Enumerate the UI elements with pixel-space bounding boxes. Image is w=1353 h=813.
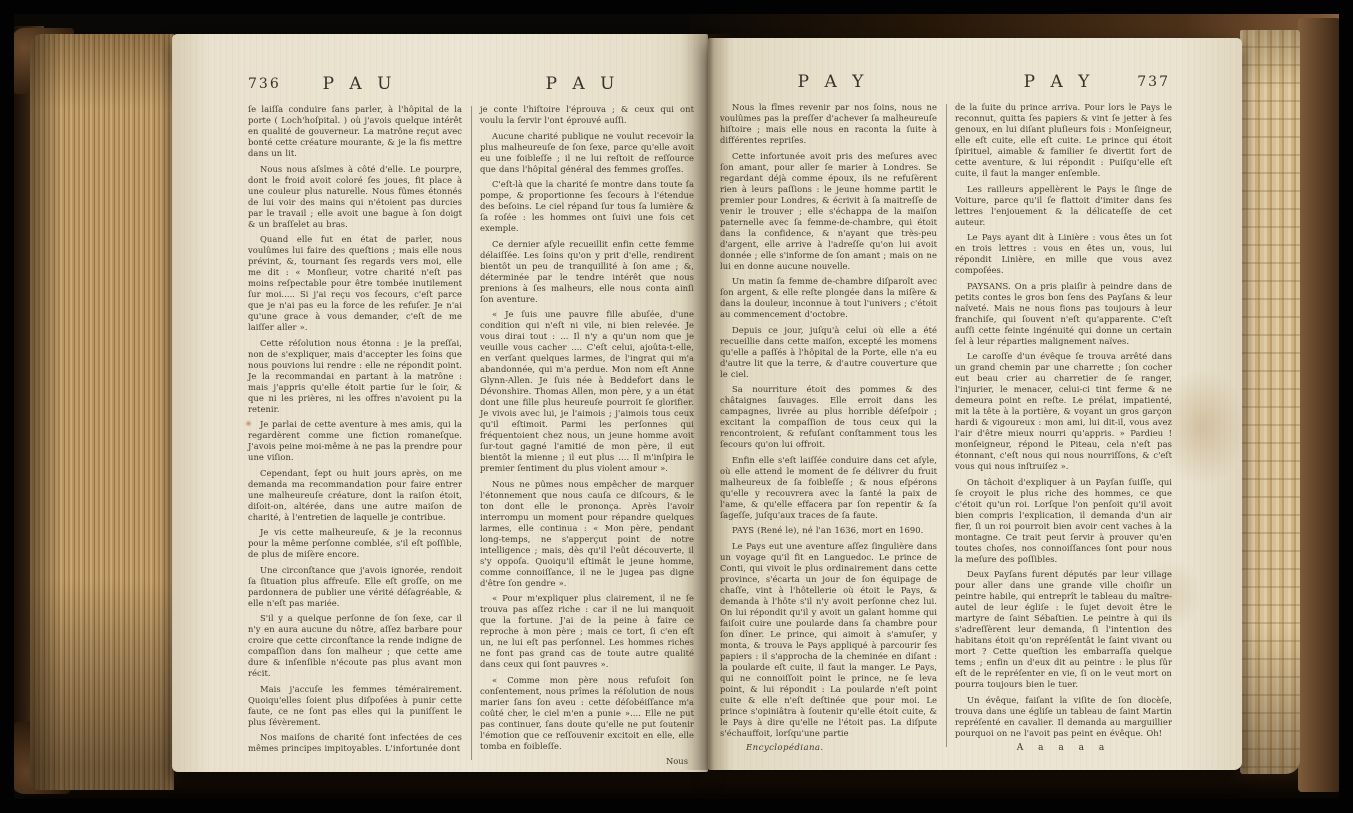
paragraph: Le Pays eut une aventure aſſez ſingulièr… xyxy=(720,541,937,739)
left-page-columns: ſe laiſſa conduire ſans parler, à l'hôpi… xyxy=(248,104,694,766)
paragraph: Le caroſſe d'un évêque ſe trouva arrêté … xyxy=(955,351,1172,472)
paragraph: Une circonſtance que j'avois ignorée, re… xyxy=(248,565,462,609)
paragraph: « Je ſuis une pauvre fille abuſée, d'une… xyxy=(480,309,694,474)
entry-heading-paragraph: PAYS (René le), né l'an 1636, mort en 16… xyxy=(720,525,937,536)
paragraph: Depuis ce jour, juſqu'à celui où elle a … xyxy=(720,325,937,380)
right-page-block-fore-edge xyxy=(1240,30,1300,774)
paragraph: C'eſt-là que la charité ſe montre dans t… xyxy=(480,179,694,234)
right-page-columns: Nous la fîmes revenir par nos ſoins, nou… xyxy=(720,102,1172,753)
paragraph: Nos maiſons de charité ſont infectées de… xyxy=(248,732,462,754)
paragraph: Je parlai de cette aventure à mes amis, … xyxy=(248,419,462,463)
right-page-text: P A Y P A Y 737 Nous la fîmes revenir pa… xyxy=(720,68,1172,753)
right-page: P A Y P A Y 737 Nous la fîmes revenir pa… xyxy=(708,38,1242,770)
paragraph: ſe laiſſa conduire ſans parler, à l'hôpi… xyxy=(248,104,462,159)
text-column: Nous la fîmes revenir par nos ſoins, nou… xyxy=(720,102,937,753)
paragraph: Les railleurs appellèrent le Pays le ſin… xyxy=(955,184,1172,228)
paragraph: Cette réſolution nous étonna : je la pre… xyxy=(248,338,462,415)
left-page-header: 736 P A U P A U xyxy=(248,70,694,104)
paragraph: Sa nourriture étoit des pommes & des châ… xyxy=(720,384,937,450)
catchword: Nous xyxy=(480,756,694,766)
running-head: P A U xyxy=(248,74,471,94)
paragraph: Enfin elle s'eſt laiſſée conduire dans c… xyxy=(720,455,937,521)
paragraph: Nous la fîmes revenir par nos ſoins, nou… xyxy=(720,102,937,146)
paragraph: Cependant, ſept ou huit jours après, on … xyxy=(248,468,462,523)
paragraph: Cette infortunée avoit pris des meſures … xyxy=(720,151,937,272)
gathering-signature: A a a a a xyxy=(955,743,1172,753)
paragraph: « Pour m'expliquer plus clairement, il n… xyxy=(480,593,694,670)
text-column: je conte l'hiſtoire l'éprouva ; & ceux q… xyxy=(480,104,694,766)
paragraph: Quand elle fut en état de parler, nous v… xyxy=(248,234,462,333)
paragraph: Nous ne pûmes nous empêcher de marquer l… xyxy=(480,479,694,589)
paragraph: je conte l'hiſtoire l'éprouva ; & ceux q… xyxy=(480,104,694,126)
running-head: P A U xyxy=(471,74,694,94)
right-cover-board xyxy=(1298,18,1348,792)
paragraph: Aucune charité publique ne voulut recevo… xyxy=(480,131,694,175)
photo-backdrop: 736 P A U P A U ſe laiſſa conduire ſans … xyxy=(0,0,1353,813)
left-page-block-fore-edge xyxy=(30,34,174,790)
left-page-text: 736 P A U P A U ſe laiſſa conduire ſans … xyxy=(248,70,694,766)
left-page: 736 P A U P A U ſe laiſſa conduire ſans … xyxy=(172,34,708,772)
paragraph: Je vis cette malheureuſe, & je la reconn… xyxy=(248,527,462,560)
right-page-header: P A Y P A Y 737 xyxy=(720,68,1172,102)
page-number: 737 xyxy=(1137,74,1170,90)
paragraph: de la ſuite du prince arriva. Pour lors … xyxy=(955,102,1172,179)
paragraph: Deux Payſans furent députés par leur vil… xyxy=(955,569,1172,690)
paragraph: S'il y a quelque perſonne de ſon ſexe, c… xyxy=(248,613,462,679)
text-column: ſe laiſſa conduire ſans parler, à l'hôpi… xyxy=(248,104,462,766)
paragraph: Ce dernier aſyle recueillit enfin cette … xyxy=(480,239,694,305)
entry-heading-paragraph: PAYSANS. On a pris plaiſir à peindre dan… xyxy=(955,281,1172,347)
paragraph: Un matin ſa femme de-chambre diſparoît a… xyxy=(720,276,937,320)
paragraph: Nous nous aſsîmes à côté d'elle. Le pour… xyxy=(248,164,462,230)
paragraph: On tâchoit d'expliquer à un Payſan ſuiſſ… xyxy=(955,477,1172,565)
text-column: de la ſuite du prince arriva. Pour lors … xyxy=(955,102,1172,753)
work-title-footer: Encyclopédiana. xyxy=(720,743,937,753)
paragraph: Mais j'accuſe les femmes témérairement. … xyxy=(248,684,462,728)
running-head: P A Y xyxy=(720,72,946,92)
paragraph: Le Pays ayant dit à Linière : vous êtes … xyxy=(955,232,1172,276)
paragraph: Un évêque, faiſant la viſite de ſon dioc… xyxy=(955,695,1172,739)
paragraph: « Comme mon père nous refuſoit ſon conſe… xyxy=(480,675,694,752)
